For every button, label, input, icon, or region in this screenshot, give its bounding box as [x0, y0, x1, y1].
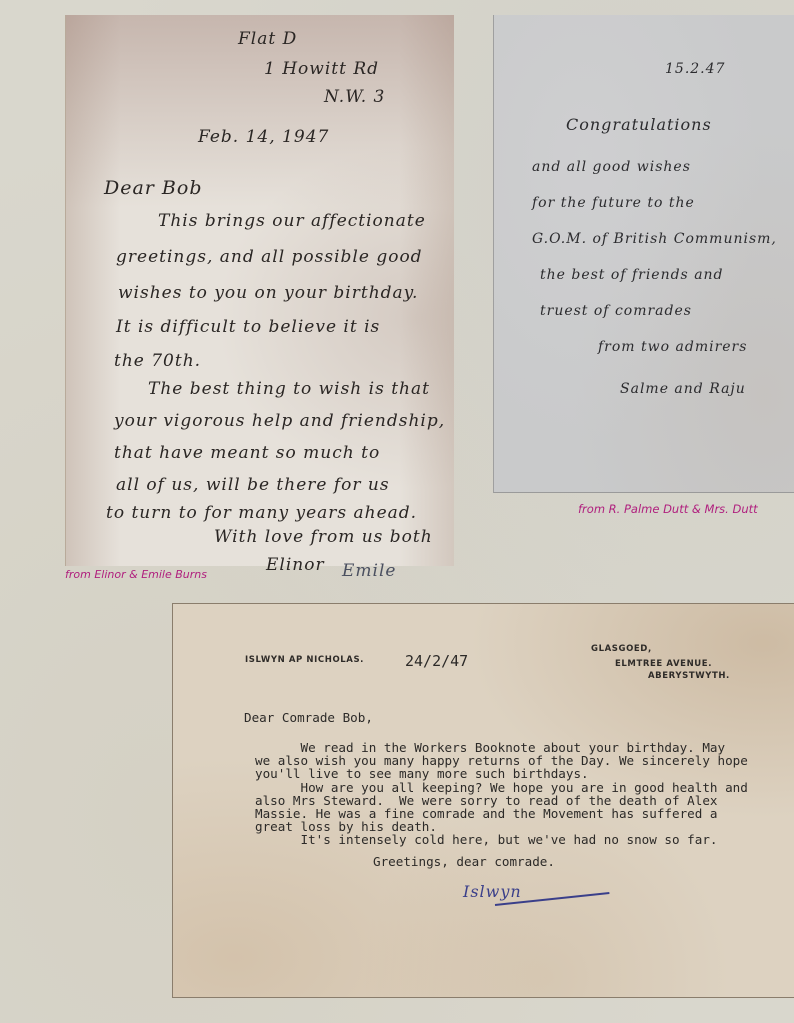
note-signature: Salme and Raju	[620, 381, 746, 397]
letterhead-address-3: ABERYSTWYTH.	[648, 671, 730, 681]
body-line: It's intensely cold here, but we've had …	[255, 833, 718, 847]
letterhead-sender: ISLWYN AP NICHOLAS.	[245, 655, 364, 665]
body-line: that have meant so much to	[114, 443, 380, 463]
note-line: truest of comrades	[540, 303, 692, 319]
note-line: and all good wishes	[532, 159, 691, 175]
caption-burns: from Elinor & Emile Burns	[65, 568, 207, 581]
caption-palme-dutt: from R. Palme Dutt & Mrs. Dutt	[578, 502, 758, 516]
body-line: to turn to for many years ahead.	[106, 503, 417, 523]
letter-burns: Flat D 1 Howitt Rd N.W. 3 Feb. 14, 1947 …	[65, 15, 454, 566]
body-line: This brings our affectionate	[158, 211, 426, 231]
address-line-2: 1 Howitt Rd	[264, 59, 379, 79]
letterhead-address-1: GLASGOED,	[591, 644, 652, 654]
note-date: 15.2.47	[665, 61, 725, 77]
letterhead-address-2: ELMTREE AVENUE.	[615, 659, 712, 669]
letter-nicholas: ISLWYN AP NICHOLAS. 24/2/47 GLASGOED, EL…	[172, 603, 794, 998]
salutation: Dear Comrade Bob,	[244, 711, 373, 725]
note-palme-dutt: 15.2.47 Congratulations and all good wis…	[493, 15, 794, 493]
signature: Islwyn	[463, 882, 522, 901]
body-line: It is difficult to believe it is	[116, 317, 380, 337]
note-line: from two admirers	[598, 339, 747, 355]
body-line: all of us, will be there for us	[116, 475, 390, 495]
note-line: G.O.M. of British Communism,	[532, 231, 777, 247]
note-line: Congratulations	[566, 115, 712, 134]
letter-date: 24/2/47	[405, 655, 468, 669]
closing: Greetings, dear comrade.	[373, 855, 555, 869]
signature-emile: Emile	[342, 561, 396, 581]
address-line-3: N.W. 3	[324, 87, 385, 107]
body-line: the 70th.	[114, 351, 201, 371]
note-line: the best of friends and	[540, 267, 724, 283]
note-line: for the future to the	[532, 195, 695, 211]
closing: With love from us both	[214, 527, 433, 547]
letter-date: Feb. 14, 1947	[198, 127, 329, 147]
signature-elinor: Elinor	[266, 555, 325, 575]
body-line: wishes to you on your birthday.	[118, 283, 418, 303]
body-line: The best thing to wish is that	[148, 379, 430, 399]
body-line: your vigorous help and friendship,	[114, 411, 445, 431]
body-line: you'll live to see many more such birthd…	[255, 767, 589, 781]
salutation: Dear Bob	[104, 177, 203, 199]
address-line-1: Flat D	[238, 29, 297, 49]
body-line: greetings, and all possible good	[116, 247, 423, 267]
